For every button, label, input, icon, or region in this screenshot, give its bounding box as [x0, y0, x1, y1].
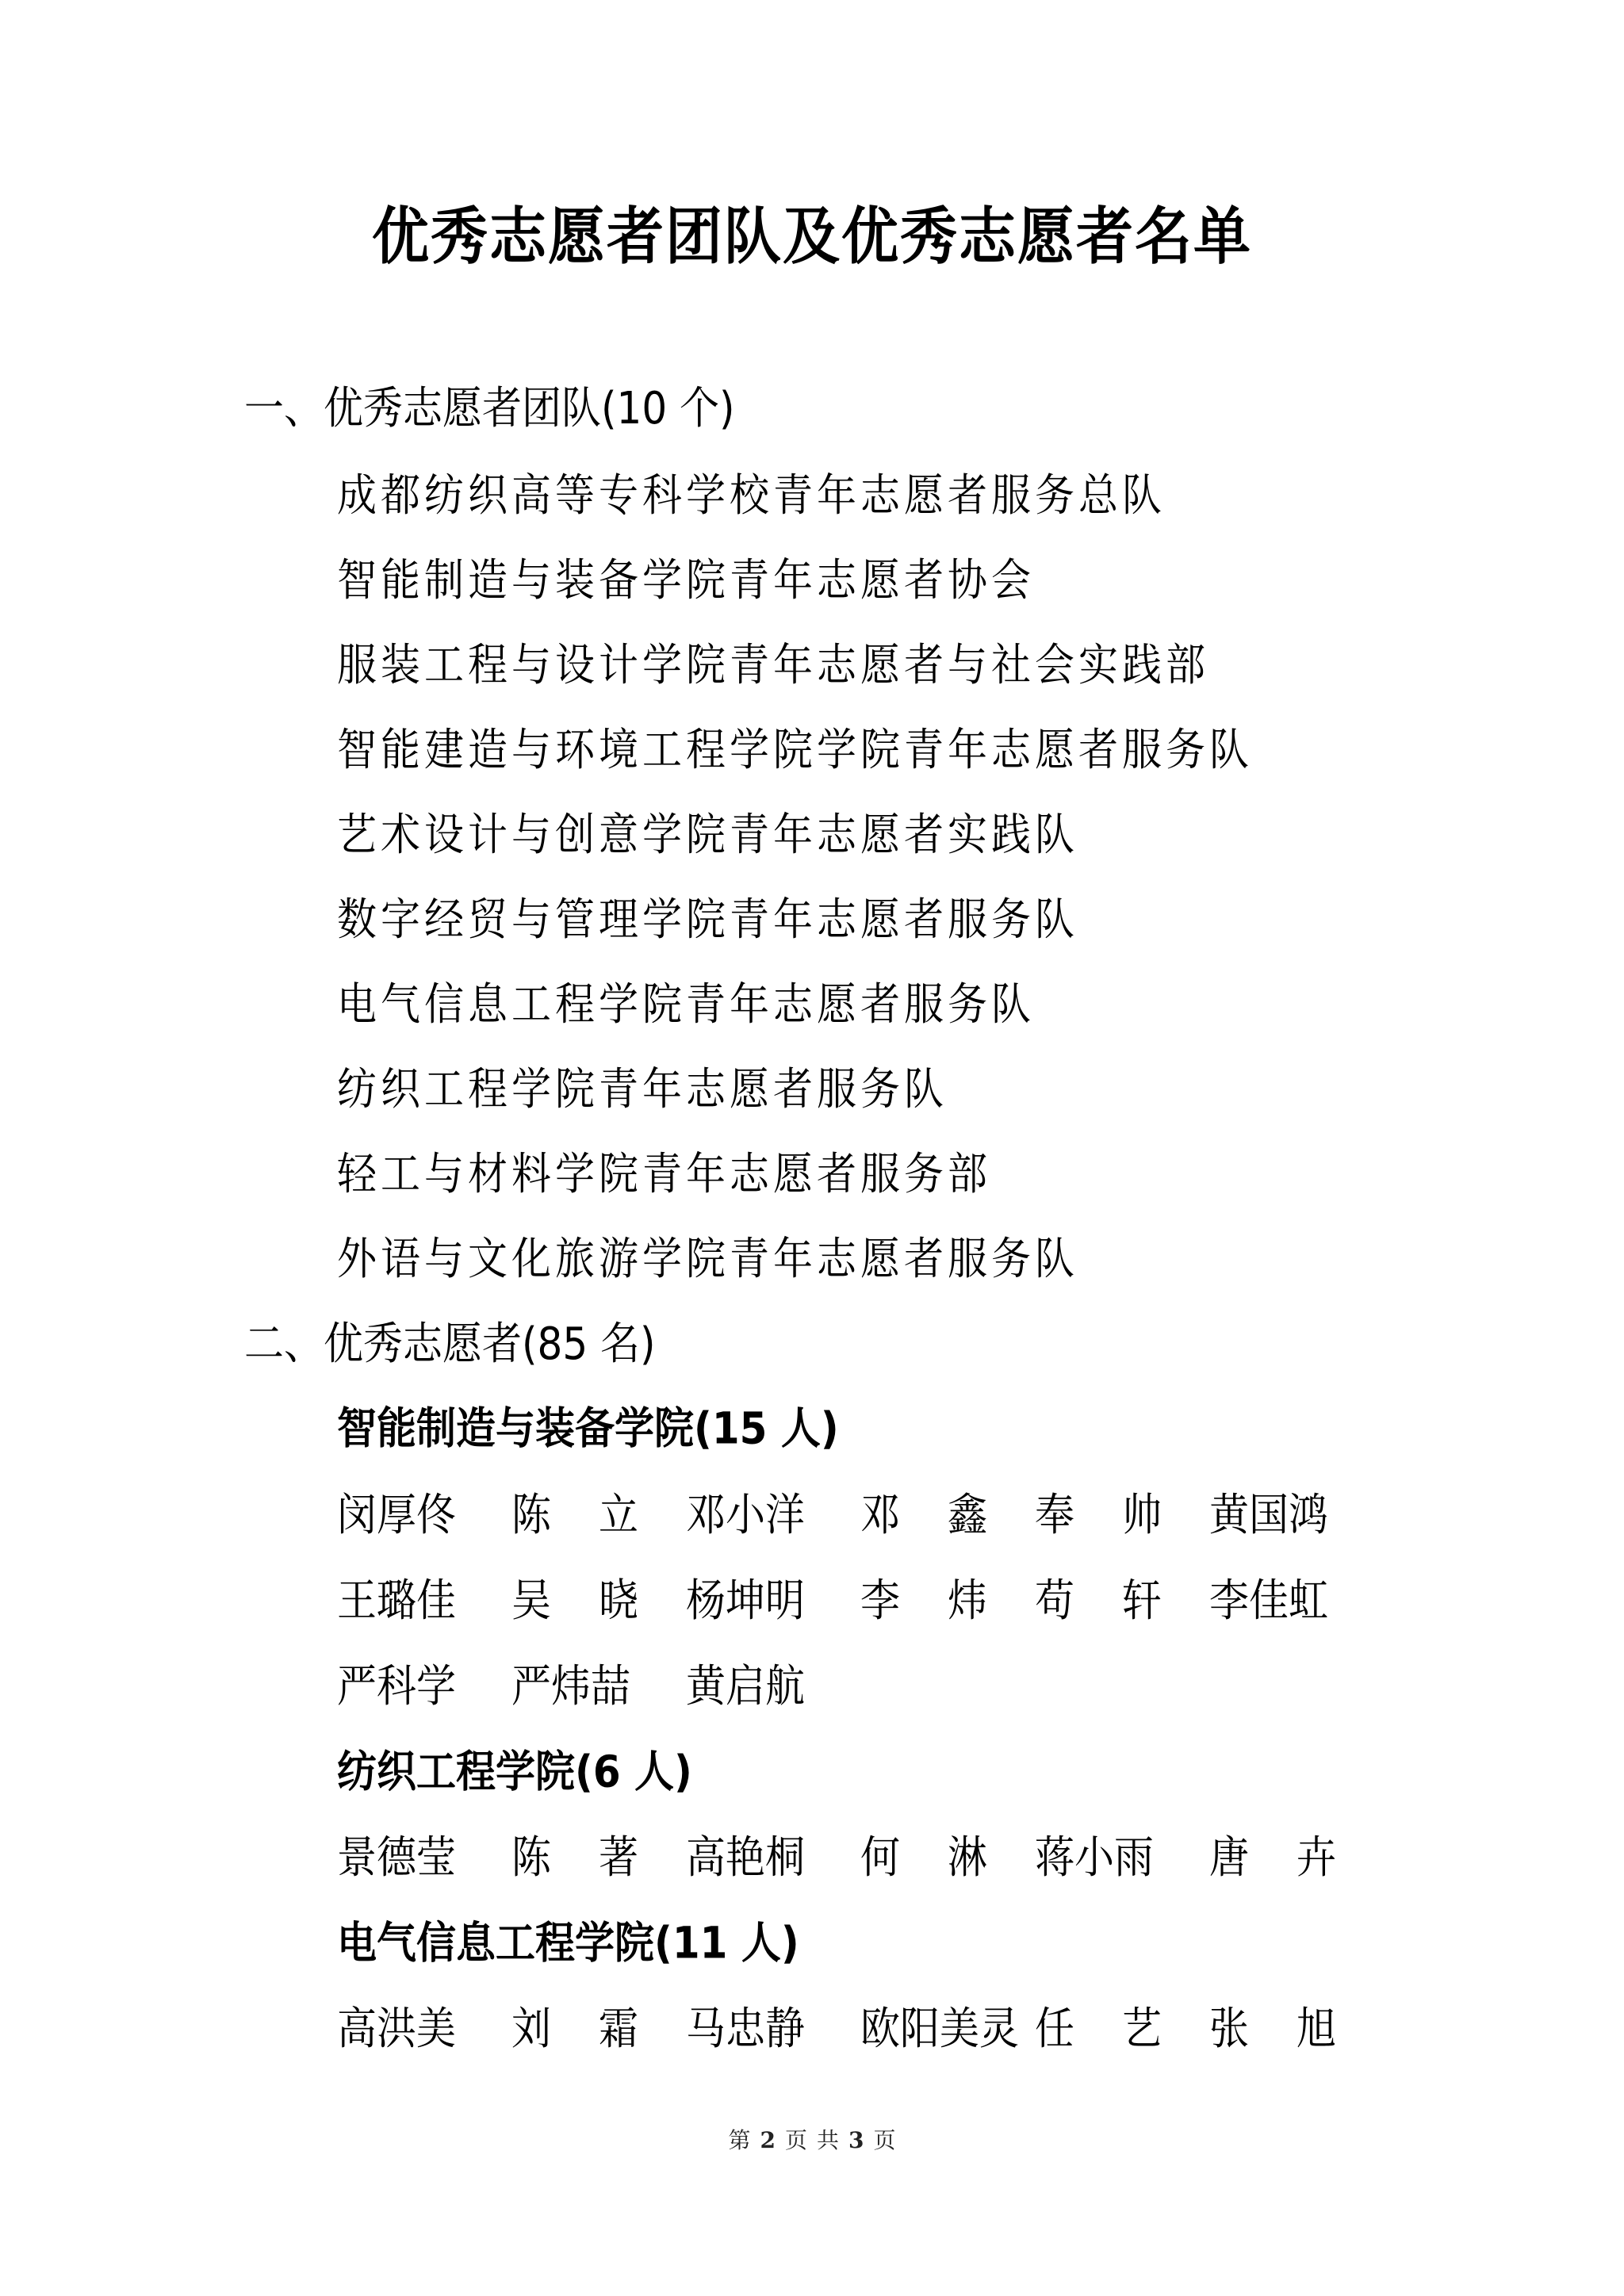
footer-prefix: 第	[728, 2127, 750, 2153]
volunteer-name: 杨坤明	[686, 1570, 805, 1632]
volunteer-name: 严科学	[337, 1655, 456, 1717]
volunteer-name: 李炜	[860, 1570, 1035, 1632]
name-row: 闵厚佟 陈立 邓小洋 邓鑫 奉帅 黄国鸿	[337, 1487, 1368, 1543]
volunteer-name: 闵厚佟	[337, 1484, 456, 1546]
team-list-item: 智能制造与装备学院青年志愿者协会	[337, 549, 1035, 611]
volunteer-name: 陈立	[511, 1484, 686, 1546]
volunteer-name: 李佳虹	[1209, 1570, 1328, 1632]
volunteer-name: 任艺	[1035, 1998, 1209, 2060]
volunteer-name: 张旭	[1209, 1998, 1384, 2060]
college-heading: 电气信息工程学院(11 人)	[337, 1913, 799, 1974]
volunteer-name: 陈著	[511, 1827, 686, 1888]
volunteer-name: 黄国鸿	[1209, 1484, 1328, 1546]
team-list-item: 智能建造与环境工程学院学院青年志愿者服务队	[337, 719, 1253, 781]
team-list-item: 纺织工程学院青年志愿者服务队	[337, 1058, 948, 1120]
volunteer-name: 邓小洋	[686, 1484, 805, 1546]
name-row: 景德莹 陈著 高艳桐 何淋 蒋小雨 唐卉	[337, 1830, 1368, 1885]
name-row: 严科学 严炜喆 黄启航	[337, 1659, 1368, 1714]
volunteer-name: 邓鑫	[860, 1484, 1035, 1546]
volunteer-name: 吴晓	[511, 1570, 686, 1632]
team-list-item: 轻工与材料学院青年志愿者服务部	[337, 1143, 991, 1205]
footer-suffix: 页	[874, 2127, 896, 2153]
volunteer-name: 黄启航	[686, 1655, 805, 1717]
college-heading: 纺织工程学院(6 人)	[337, 1742, 692, 1803]
team-list-item: 成都纺织高等专科学校青年志愿者服务总队	[337, 465, 1166, 526]
team-list-item: 艺术设计与创意学院青年志愿者实践队	[337, 804, 1078, 866]
total-pages-number: 3	[848, 2127, 864, 2153]
footer-total-word: 共	[817, 2127, 839, 2153]
volunteer-name: 马忠静	[686, 1998, 805, 2060]
current-page-number: 2	[760, 2127, 776, 2153]
college-heading: 智能制造与装备学院(15 人)	[337, 1399, 839, 1460]
team-list-item: 外语与文化旅游学院青年志愿者服务队	[337, 1228, 1078, 1290]
team-list-item: 数字经贸与管理学院青年志愿者服务队	[337, 889, 1078, 951]
name-row: 高洪美 刘霜 马忠静 欧阳美灵 任艺 张旭	[337, 2001, 1368, 2057]
volunteer-name: 蒋小雨	[1035, 1827, 1154, 1888]
page-title: 优秀志愿者团队及优秀志愿者名单	[0, 193, 1624, 279]
volunteer-name: 高艳桐	[686, 1827, 805, 1888]
name-row: 王璐佳 吴晓 杨坤明 李炜 苟轩 李佳虹	[337, 1573, 1368, 1628]
footer-page-word: 页	[785, 2127, 807, 2153]
volunteer-name: 高洪美	[337, 1998, 456, 2060]
page-footer: 第2页共3页	[0, 2125, 1624, 2156]
volunteer-name: 王璐佳	[337, 1570, 456, 1632]
volunteer-name: 严炜喆	[511, 1655, 630, 1717]
team-list-item: 服装工程与设计学院青年志愿者与社会实践部	[337, 634, 1209, 696]
team-list-item: 电气信息工程学院青年志愿者服务队	[337, 974, 1035, 1035]
volunteer-name: 奉帅	[1035, 1484, 1209, 1546]
volunteer-name: 何淋	[860, 1827, 1035, 1888]
volunteer-name: 欧阳美灵	[860, 1998, 1019, 2060]
volunteer-name: 唐卉	[1209, 1827, 1384, 1888]
volunteer-name: 刘霜	[511, 1998, 686, 2060]
section-heading-teams: 一、优秀志愿者团队(10 个)	[244, 377, 735, 439]
volunteer-name: 苟轩	[1035, 1570, 1209, 1632]
document-page: 优秀志愿者团队及优秀志愿者名单 一、优秀志愿者团队(10 个) 成都纺织高等专科…	[0, 0, 1624, 2296]
volunteer-name: 景德莹	[337, 1827, 456, 1888]
section-heading-volunteers: 二、优秀志愿者(85 名)	[244, 1313, 656, 1375]
